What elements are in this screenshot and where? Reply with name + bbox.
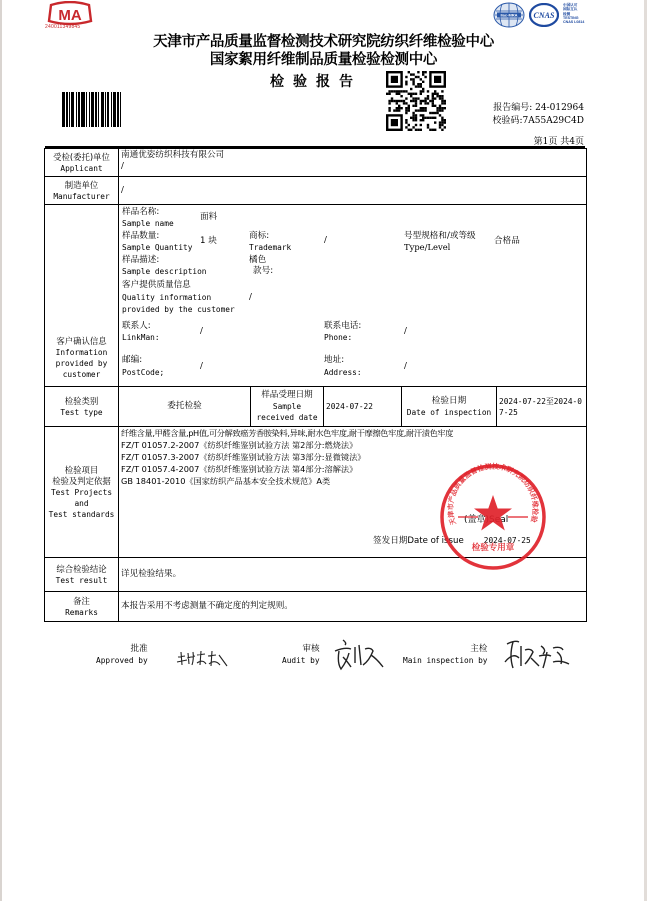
- report-number-label: 报告编号:: [493, 103, 532, 113]
- issue-date: 签发日期Date of issue2024-07-25: [373, 535, 531, 547]
- test-projects-label-zh: 检验项目: [47, 465, 116, 476]
- approved-label-zh: 批准: [96, 643, 148, 655]
- verify-code-value: 7A55A29C4D: [523, 116, 584, 126]
- applicant-label-zh: 受检(委托)单位: [47, 152, 116, 163]
- sample-desc-label-en: Sample description: [122, 266, 207, 277]
- main-inspection-by: 主检 Main inspection by: [403, 643, 488, 667]
- type-level-label-en: Type/Level: [404, 242, 450, 253]
- remarks-label-zh: 备注: [47, 596, 116, 607]
- inspection-date-label-en: Date of inspection: [404, 407, 494, 418]
- seal-label: (盖章)Seal: [464, 515, 508, 526]
- type-level-value: 合格品: [494, 236, 520, 247]
- applicant-row: 受检(委托)单位 Applicant 南通优姿纺织科技有限公司 /: [45, 149, 587, 177]
- customer-info-label-zh: 客户确认信息: [47, 336, 116, 347]
- style-no-label: 款号:: [253, 266, 273, 277]
- audit-by: 审核 Audit by: [282, 643, 320, 667]
- manufacturer-row: 制造单位 Manufacturer /: [45, 177, 587, 205]
- quality-info-label-en: Quality information: [122, 292, 211, 303]
- applicant-label-en: Applicant: [47, 163, 116, 174]
- main-inspection-label-zh: 主检: [403, 643, 488, 655]
- quality-info-value: /: [249, 292, 252, 303]
- test-projects-row: 检验项目 检验及判定依据 Test Projects and Test stan…: [45, 427, 587, 558]
- test-projects-label: 检验项目 检验及判定依据 Test Projects and Test stan…: [45, 427, 119, 558]
- customer-info-label: 客户确认信息 Information provided by customer: [45, 205, 119, 387]
- phone-label-en: Phone:: [324, 332, 352, 343]
- remarks-label: 备注 Remarks: [45, 592, 119, 622]
- svg-text:MA: MA: [58, 7, 81, 24]
- sample-desc-value: 橘色: [249, 255, 266, 266]
- postcode-label: 邮编:: [122, 355, 142, 366]
- test-type-label-zh: 检验类别: [47, 396, 116, 407]
- main-inspection-label-en: Main inspection by: [403, 655, 488, 667]
- manufacturer-label: 制造单位 Manufacturer: [45, 177, 119, 205]
- quality-info-label: 客户提供质量信息: [122, 280, 191, 291]
- phone-value: /: [404, 326, 407, 337]
- svg-text:CNAS: CNAS: [534, 11, 555, 20]
- postcode-value: /: [200, 361, 203, 372]
- trademark-label: 商标:: [249, 231, 269, 242]
- customer-info-label-en: provided by: [47, 358, 116, 369]
- issue-date-label: 签发日期Date of issue: [373, 536, 464, 546]
- customer-info-label-en: customer: [47, 369, 116, 380]
- test-type-value: 委托检验: [119, 387, 251, 427]
- received-date-label-en: received date: [253, 412, 321, 423]
- cnas-accreditation-text: 中国认可 国际互认 检测 TESTING CNAS L0814: [563, 3, 584, 24]
- result-label: 综合检验结论 Test result: [45, 558, 119, 592]
- report-table: 受检(委托)单位 Applicant 南通优姿纺织科技有限公司 / 制造单位 M…: [44, 148, 587, 622]
- audit-label-zh: 审核: [282, 643, 320, 655]
- received-date-label-zh: 样品受理日期: [253, 390, 321, 401]
- type-level-label: 号型规格和/或等级: [404, 231, 476, 242]
- customer-info-content: 样品名称: Sample name 面料 样品数量: Sample Quanti…: [119, 205, 587, 387]
- svg-text:ilac-MRA: ilac-MRA: [500, 13, 517, 18]
- approved-label-en: Approved by: [96, 655, 148, 667]
- result-label-zh: 综合检验结论: [47, 564, 116, 575]
- page-edge-left: [0, 0, 2, 901]
- sample-desc-label: 样品描述:: [122, 255, 159, 266]
- manufacturer-label-zh: 制造单位: [47, 180, 116, 191]
- report-title: 检验报告: [270, 71, 362, 91]
- cnas-logo-icon: CNAS: [529, 3, 559, 27]
- report-number-value: 24-012964: [535, 103, 584, 113]
- sample-qty-value: 1 块: [200, 236, 217, 247]
- linkman-label: 联系人:: [122, 321, 151, 332]
- received-date-label: 样品受理日期 Sample received date: [251, 387, 324, 427]
- address-label-en: Address:: [324, 367, 362, 378]
- qr-code-icon: [386, 71, 446, 131]
- audit-label-en: Audit by: [282, 655, 320, 667]
- result-label-en: Test result: [47, 575, 116, 586]
- linkman-value: /: [200, 326, 203, 337]
- test-projects-content: 纤维含量,甲醛含量,pH值,可分解致癌芳香胺染料,异味,耐水色牢度,耐干摩擦色牢…: [119, 427, 587, 558]
- center-name: 国家絮用纤维制品质量检验检测中心: [0, 48, 647, 69]
- test-type-label: 检验类别 Test type: [45, 387, 119, 427]
- result-row: 综合检验结论 Test result 详见检验结果。: [45, 558, 587, 592]
- applicant-value: 南通优姿纺织科技有限公司 /: [119, 149, 587, 177]
- postcode-label-en: PostCode;: [122, 367, 164, 378]
- sample-name-value: 面料: [200, 212, 217, 223]
- verify-code: 校验码:7A55A29C4D: [492, 113, 584, 126]
- test-projects-label-en: and: [47, 498, 116, 509]
- sample-qty-label-en: Sample Quantity: [122, 242, 192, 253]
- test-standard: FZ/T 01057.3-2007《纺织纤维鉴别试验方法 第3部分:显微镜法》: [121, 452, 365, 463]
- approver-signature-icon: [175, 647, 230, 669]
- received-date-value: 2024-07-22: [324, 387, 402, 427]
- remarks-value: 本报告采用不考虑测量不确定度的判定规则。: [119, 592, 587, 622]
- inspection-date-value: 2024-07-22至2024-07-25: [497, 387, 587, 427]
- verify-code-label: 校验码:: [492, 116, 522, 126]
- applicant-name: 南通优姿纺织科技有限公司: [121, 150, 584, 161]
- inspection-date-label: 检验日期 Date of inspection: [402, 387, 497, 427]
- sample-name-label-en: Sample name: [122, 218, 174, 229]
- barcode-icon: [62, 92, 132, 127]
- trademark-value: /: [324, 235, 327, 246]
- address-value: /: [404, 361, 407, 372]
- auditor-signature-icon: [333, 637, 385, 673]
- trademark-label-en: Trademark: [249, 242, 291, 253]
- result-value: 详见检验结果。: [119, 558, 587, 592]
- linkman-label-en: LinkMan:: [122, 332, 160, 343]
- received-date-label-en: Sample: [253, 401, 321, 412]
- test-type-row: 检验类别 Test type 委托检验 样品受理日期 Sample receiv…: [45, 387, 587, 427]
- inspector-signature-icon: [503, 638, 573, 672]
- test-type-label-en: Test type: [47, 407, 116, 418]
- test-standard: GB 18401-2010《国家纺织产品基本安全技术规范》A类: [121, 476, 330, 487]
- test-projects-label-en: Test Projects: [47, 487, 116, 498]
- manufacturer-label-en: Manufacturer: [47, 191, 116, 202]
- cnas-text-line: CNAS L0814: [563, 20, 584, 24]
- test-items: 纤维含量,甲醛含量,pH值,可分解致癌芳香胺染料,异味,耐水色牢度,耐干摩擦色牢…: [121, 428, 453, 439]
- quality-info-label-en: provided by the customer: [122, 304, 235, 315]
- approved-by: 批准 Approved by: [96, 643, 148, 667]
- remarks-row: 备注 Remarks 本报告采用不考虑测量不确定度的判定规则。: [45, 592, 587, 622]
- sample-name-label: 样品名称:: [122, 207, 159, 218]
- phone-label: 联系电话:: [324, 321, 361, 332]
- issue-date-value: 2024-07-25: [484, 536, 531, 545]
- test-projects-label-en: Test standards: [47, 509, 116, 520]
- customer-info-label-en: Information: [47, 347, 116, 358]
- test-standard: FZ/T 01057.2-2007《纺织纤维鉴别试验方法 第2部分:燃烧法》: [121, 440, 357, 451]
- ilac-mra-logo-icon: ilac-MRA: [492, 2, 526, 28]
- applicant-extra: /: [121, 161, 584, 172]
- inspection-date-label-zh: 检验日期: [404, 396, 494, 407]
- report-number: 报告编号: 24-012964: [493, 100, 584, 113]
- applicant-label: 受检(委托)单位 Applicant: [45, 149, 119, 177]
- customer-info-row: 客户确认信息 Information provided by customer …: [45, 205, 587, 387]
- test-standard: FZ/T 01057.4-2007《纺织纤维鉴别试验方法 第4部分:溶解法》: [121, 464, 357, 475]
- sample-qty-label: 样品数量:: [122, 231, 159, 242]
- address-label: 地址:: [324, 355, 344, 366]
- remarks-label-en: Remarks: [47, 607, 116, 618]
- manufacturer-value: /: [119, 177, 587, 205]
- test-standards-label-zh: 检验及判定依据: [47, 476, 116, 487]
